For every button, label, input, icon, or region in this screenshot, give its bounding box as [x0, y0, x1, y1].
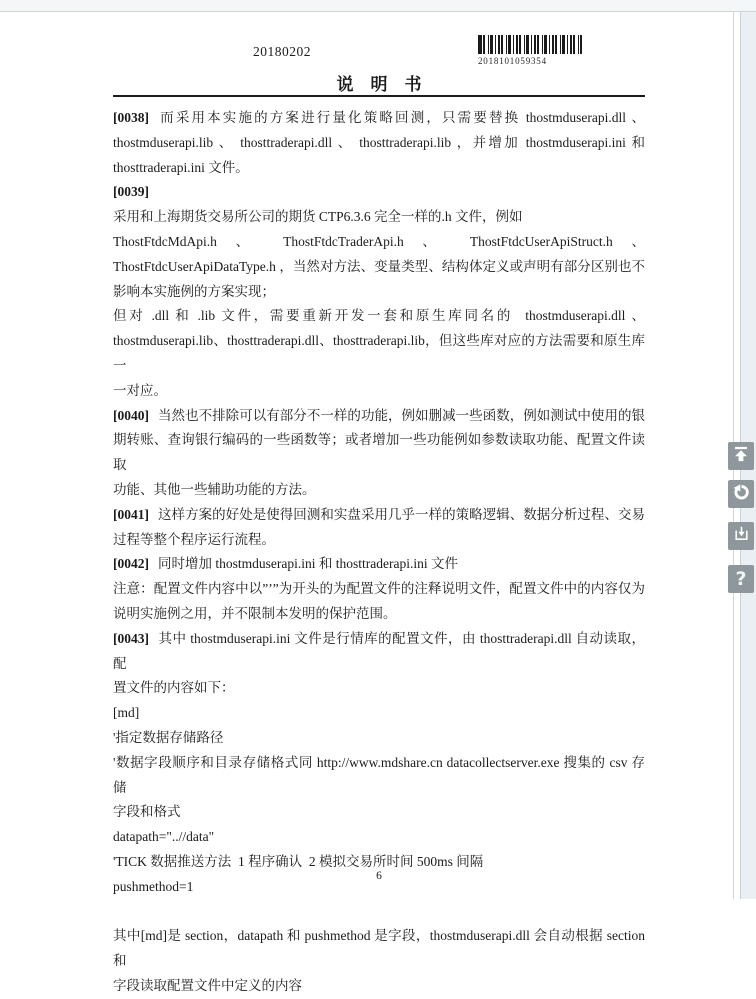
barcode: 2018101059354	[478, 35, 582, 66]
paragraph-number: [0043]	[113, 631, 149, 646]
text-line: thosttraderapi.ini 文件。	[113, 156, 645, 181]
text-line: [0039]	[113, 180, 645, 205]
scroll-to-top-button[interactable]	[728, 442, 754, 470]
line-text: 当然也不排除可以有部分不一样的功能，例如删减一些函数，例如测试中使用的银	[158, 408, 645, 423]
line-text: 其中 thostmduserapi.ini 文件是行情库的配置文件，由 thos…	[113, 631, 645, 671]
text-line: 说明实施例之用，并不限制本发明的保护范围。	[113, 602, 645, 627]
text-line: datapath="..//data"	[113, 825, 645, 850]
browser-top-edge	[0, 0, 756, 12]
line-text: 期转账、查询银行编码的一些函数等；或者增加一些功能例如参数读取功能、配置文件读取	[113, 432, 645, 472]
line-text: 注意：配置文件内容中以”’”为开头的为配置文件的注释说明文件，配置文件中的内容仅…	[113, 581, 645, 596]
paragraph-number: [0040]	[113, 408, 149, 423]
paragraph-number: [0039]	[113, 184, 149, 199]
document-page: 20180202 2018101059354 说 明 书 [0038]而采用本实…	[0, 12, 734, 899]
line-text: 过程等整个程序运行流程。	[113, 532, 275, 547]
scroll-top-icon	[732, 445, 750, 468]
line-text: 一对应。	[113, 383, 167, 398]
paragraph-number: [0038]	[113, 110, 149, 125]
line-text: '指定数据存储路径	[113, 730, 223, 745]
text-line: [0041]这样方案的好处是使得回测和实盘采用几乎一样的策略逻辑、数据分析过程、…	[113, 503, 645, 528]
download-icon	[733, 525, 750, 547]
line-text: 置文件的内容如下：	[113, 680, 235, 695]
text-line: thostmduserapi.lib 、 thosttraderapi.dll …	[113, 131, 645, 156]
text-line: 影响本实施例的方案实现；	[113, 280, 645, 305]
line-text: 采用和上海期货交易所公司的期货 CTP6.3.6 完全一样的.h 文件，例如	[113, 209, 523, 224]
text-line: [0038]而采用本实施的方案进行量化策略回测，只需要替换 thostmduse…	[113, 106, 645, 131]
line-text: [md]	[113, 705, 139, 720]
text-line: 但对 .dll 和 .lib 文件，需要重新开发一套和原生库同名的 thostm…	[113, 304, 645, 329]
line-text: 影响本实施例的方案实现；	[113, 284, 275, 299]
text-line: 采用和上海期货交易所公司的期货 CTP6.3.6 完全一样的.h 文件，例如	[113, 205, 645, 230]
line-text: 同时增加 thostmduserapi.ini 和 thosttraderapi…	[158, 556, 458, 571]
title-divider	[113, 95, 645, 97]
text-line: 一对应。	[113, 379, 645, 404]
line-text: 这样方案的好处是使得回测和实盘采用几乎一样的策略逻辑、数据分析过程、交易	[158, 507, 645, 522]
barcode-number: 2018101059354	[478, 56, 582, 66]
back-button[interactable]	[728, 480, 754, 508]
help-button[interactable]: ?	[728, 565, 754, 593]
text-line: [0040]当然也不排除可以有部分不一样的功能，例如删减一些函数，例如测试中使用…	[113, 404, 645, 429]
line-text: 字段和格式	[113, 804, 181, 819]
text-line: ThostFtdcMdApi.h 、 ThostFtdcTraderApi.h …	[113, 230, 645, 255]
text-line: 置文件的内容如下：	[113, 676, 645, 701]
line-text: 说明实施例之用，并不限制本发明的保护范围。	[113, 606, 397, 621]
text-line: 功能、其他一些辅助功能的方法。	[113, 478, 645, 503]
body-text: [0038]而采用本实施的方案进行量化策略回测，只需要替换 thostmduse…	[113, 106, 645, 899]
paragraph-number: [0041]	[113, 507, 149, 522]
line-text: 功能、其他一些辅助功能的方法。	[113, 482, 316, 497]
line-text: ThostFtdcMdApi.h 、 ThostFtdcTraderApi.h …	[113, 234, 645, 249]
text-line: [0043]其中 thostmduserapi.ini 文件是行情库的配置文件，…	[113, 627, 645, 677]
text-line: thostmduserapi.lib、thosttraderapi.dll、th…	[113, 329, 645, 379]
text-line: 字段和格式	[113, 800, 645, 825]
line-text: thostmduserapi.lib 、 thosttraderapi.dll …	[113, 135, 645, 150]
text-line: '数据字段顺序和目录存储格式同 http://www.mdshare.cn da…	[113, 751, 645, 801]
line-text: thostmduserapi.lib、thosttraderapi.dll、th…	[113, 333, 645, 373]
text-line: '指定数据存储路径	[113, 726, 645, 751]
text-line: ThostFtdcUserApiDataType.h ，当然对方法、变量类型、结…	[113, 255, 645, 280]
page-number: 6	[113, 870, 645, 882]
line-text: 而采用本实施的方案进行量化策略回测，只需要替换 thostmduserapi.d…	[158, 110, 645, 125]
barcode-image	[478, 35, 582, 54]
line-text: ThostFtdcUserApiDataType.h ，当然对方法、变量类型、结…	[113, 259, 645, 274]
text-line: [md]	[113, 701, 645, 726]
paragraph-number: [0042]	[113, 556, 149, 571]
line-text: 'TICK 数据推送方法 1 程序确认 2 模拟交易所时间 500ms 间隔	[113, 854, 483, 869]
undo-icon	[732, 482, 751, 506]
line-text: 但对 .dll 和 .lib 文件，需要重新开发一套和原生库同名的 thostm…	[113, 308, 645, 323]
text-line: 期转账、查询银行编码的一些函数等；或者增加一些功能例如参数读取功能、配置文件读取	[113, 428, 645, 478]
question-mark-icon: ?	[735, 570, 746, 589]
text-line: 过程等整个程序运行流程。	[113, 528, 645, 553]
text-line: 注意：配置文件内容中以”’”为开头的为配置文件的注释说明文件，配置文件中的内容仅…	[113, 577, 645, 602]
line-text: datapath="..//data"	[113, 829, 214, 844]
line-text: '数据字段顺序和目录存储格式同 http://www.mdshare.cn da…	[113, 755, 645, 795]
document-title: 说 明 书	[113, 70, 645, 95]
publication-date: 20180202	[253, 44, 311, 60]
line-text: thosttraderapi.ini 文件。	[113, 160, 249, 175]
download-button[interactable]	[728, 522, 754, 550]
text-line: [0042]同时增加 thostmduserapi.ini 和 thosttra…	[113, 552, 645, 577]
